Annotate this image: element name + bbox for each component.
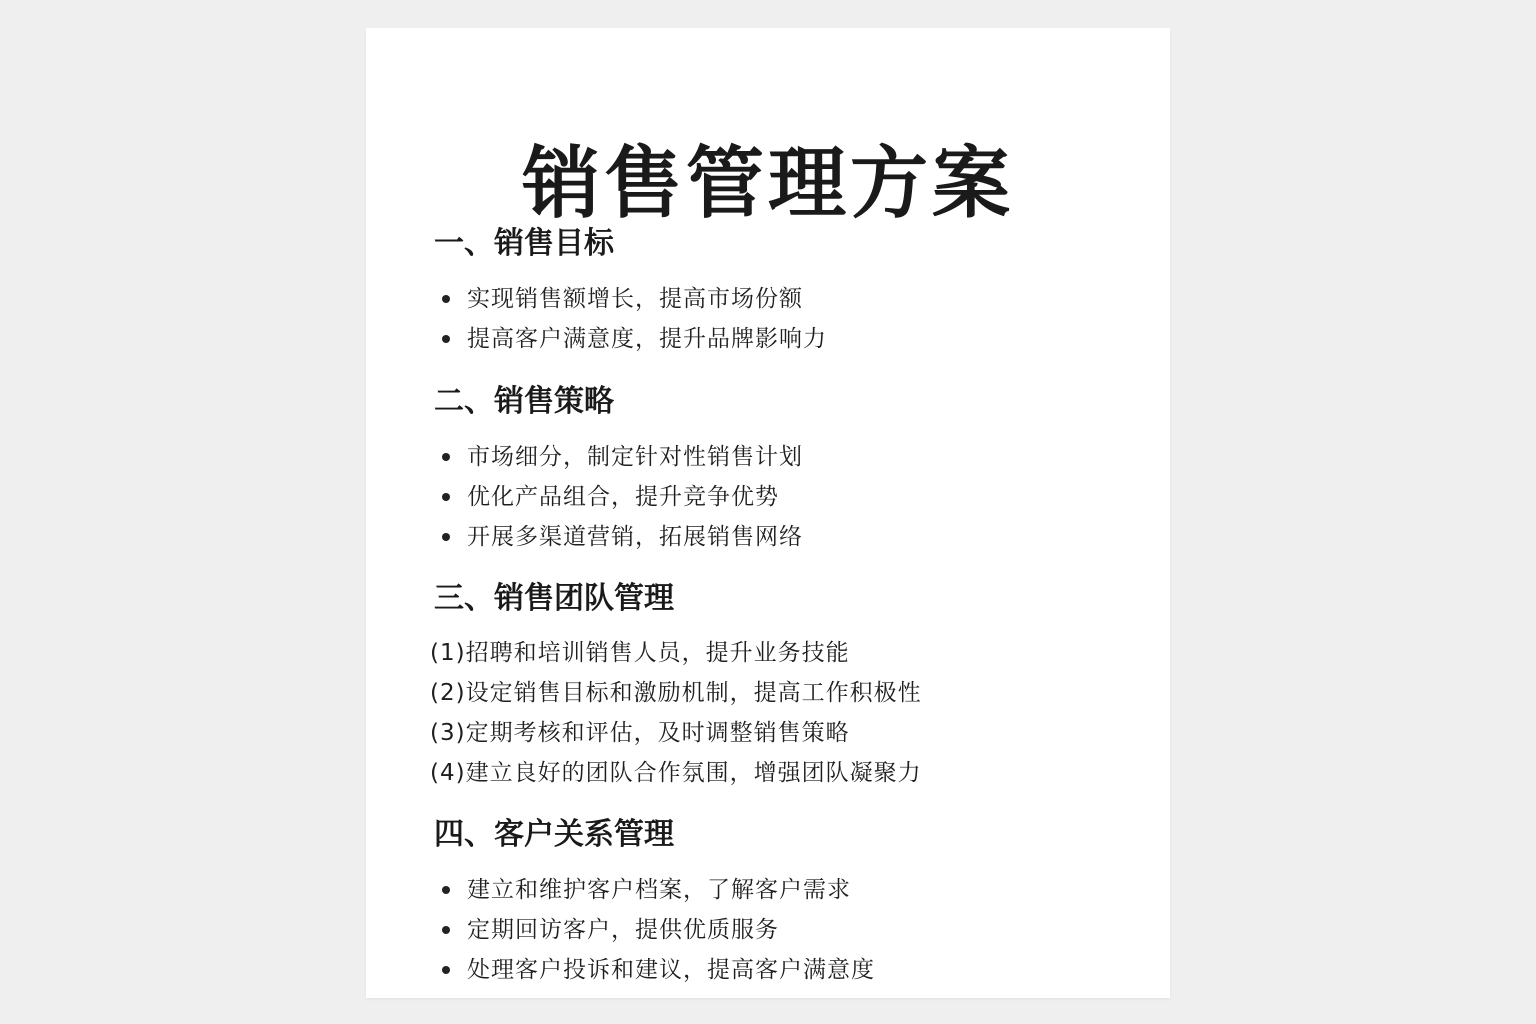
bullet-list: 实现销售额增长，提高市场份额 提高客户满意度，提升品牌影响力 bbox=[434, 279, 827, 359]
list-item: (4)建立良好的团队合作氛围，增强团队凝聚力 bbox=[430, 753, 922, 793]
list-item: 定期回访客户，提供优质服务 bbox=[434, 910, 875, 950]
section-heading: 三、销售团队管理 bbox=[434, 581, 922, 617]
section-sales-goals: 一、销售目标 实现销售额增长，提高市场份额 提高客户满意度，提升品牌影响力 bbox=[434, 226, 827, 359]
list-item: (2)设定销售目标和激励机制，提高工作积极性 bbox=[430, 673, 922, 713]
bullet-list: 建立和维护客户档案，了解客户需求 定期回访客户，提供优质服务 处理客户投诉和建议… bbox=[434, 870, 875, 990]
bullet-icon bbox=[442, 533, 450, 541]
bullet-icon bbox=[442, 453, 450, 461]
section-sales-strategy: 二、销售策略 市场细分，制定针对性销售计划 优化产品组合，提升竞争优势 开展多渠… bbox=[434, 384, 803, 557]
bullet-icon bbox=[442, 926, 450, 934]
section-heading: 二、销售策略 bbox=[434, 384, 803, 420]
list-item: 建立和维护客户档案，了解客户需求 bbox=[434, 870, 875, 910]
document-page: 销售管理方案 一、销售目标 实现销售额增长，提高市场份额 提高客户满意度，提升品… bbox=[366, 28, 1170, 998]
bullet-icon bbox=[442, 335, 450, 343]
section-customer-relations: 四、客户关系管理 建立和维护客户档案，了解客户需求 定期回访客户，提供优质服务 … bbox=[434, 817, 875, 990]
list-item: 市场细分，制定针对性销售计划 bbox=[434, 437, 803, 477]
list-item: 开展多渠道营销，拓展销售网络 bbox=[434, 517, 803, 557]
list-item: (3)定期考核和评估，及时调整销售策略 bbox=[430, 713, 922, 753]
document-title: 销售管理方案 bbox=[366, 142, 1170, 226]
numbered-list: (1)招聘和培训销售人员，提升业务技能 (2)设定销售目标和激励机制，提高工作积… bbox=[434, 633, 922, 793]
section-heading: 一、销售目标 bbox=[434, 226, 827, 262]
list-item: 提高客户满意度，提升品牌影响力 bbox=[434, 319, 827, 359]
bullet-icon bbox=[442, 966, 450, 974]
bullet-icon bbox=[442, 295, 450, 303]
list-item: 处理客户投诉和建议，提高客户满意度 bbox=[434, 950, 875, 990]
bullet-icon bbox=[442, 493, 450, 501]
section-team-management: 三、销售团队管理 (1)招聘和培训销售人员，提升业务技能 (2)设定销售目标和激… bbox=[434, 581, 922, 793]
list-item: (1)招聘和培训销售人员，提升业务技能 bbox=[430, 633, 922, 673]
bullet-list: 市场细分，制定针对性销售计划 优化产品组合，提升竞争优势 开展多渠道营销，拓展销… bbox=[434, 437, 803, 557]
list-item: 实现销售额增长，提高市场份额 bbox=[434, 279, 827, 319]
section-heading: 四、客户关系管理 bbox=[434, 817, 875, 853]
list-item: 优化产品组合，提升竞争优势 bbox=[434, 477, 803, 517]
bullet-icon bbox=[442, 886, 450, 894]
